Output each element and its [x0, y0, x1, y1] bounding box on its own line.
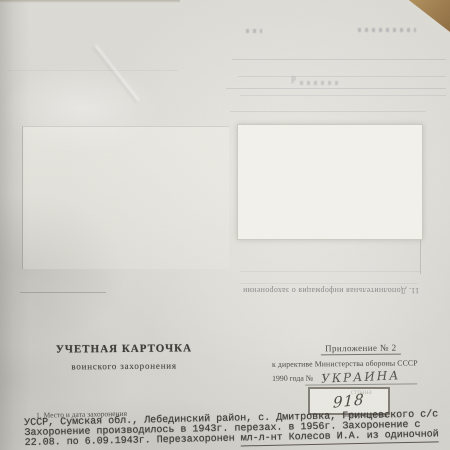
- annex-heading: Приложение № 2: [321, 343, 401, 356]
- bleedthrough-line: [238, 76, 446, 77]
- bleedthrough-text-smudge: [358, 28, 416, 32]
- annex-year-line: 1990 года №УКРАИНА: [272, 368, 450, 384]
- bleedthrough-line: [240, 95, 446, 96]
- bleedthrough-line: [8, 70, 178, 71]
- bleedthrough-line: [230, 111, 426, 112]
- card-title: УЧЕТНАЯ КАРТОЧКА: [24, 342, 224, 356]
- card-subtitle: воинского захоронения: [24, 360, 224, 372]
- bleedthrough-line: [240, 283, 418, 284]
- paper-wrinkle: [95, 45, 140, 101]
- bleedthrough-line: [240, 271, 420, 272]
- upside-down-section-11-label: 11. Дополнительная информация о захороне…: [238, 286, 424, 295]
- burial-record-card-scan: Р 11. Дополнительная информация о захоро…: [0, 0, 450, 450]
- bleedthrough-text-smudge: [300, 81, 342, 85]
- paper-edge-shadow: [0, 0, 180, 3]
- pasted-sheet-left: [22, 126, 229, 269]
- card-title-block: УЧЕТНАЯ КАРТОЧКА воинского захоронения: [24, 342, 224, 372]
- bleedthrough-glyph: Р: [291, 75, 296, 85]
- annex-year-prefix: 1990 года №: [272, 374, 313, 383]
- annex-directive-line: к директиве Министерства обороны СССР: [272, 358, 450, 369]
- bleedthrough-line: [232, 59, 446, 60]
- section-1-place-and-date: 1. Место и дата захоронения УССР, Сумска…: [24, 402, 450, 449]
- form-rule-line: [20, 292, 106, 293]
- bleedthrough-text-smudge: [246, 29, 262, 33]
- bleedthrough-line: [226, 88, 446, 89]
- pasted-sheet-right: [237, 124, 423, 240]
